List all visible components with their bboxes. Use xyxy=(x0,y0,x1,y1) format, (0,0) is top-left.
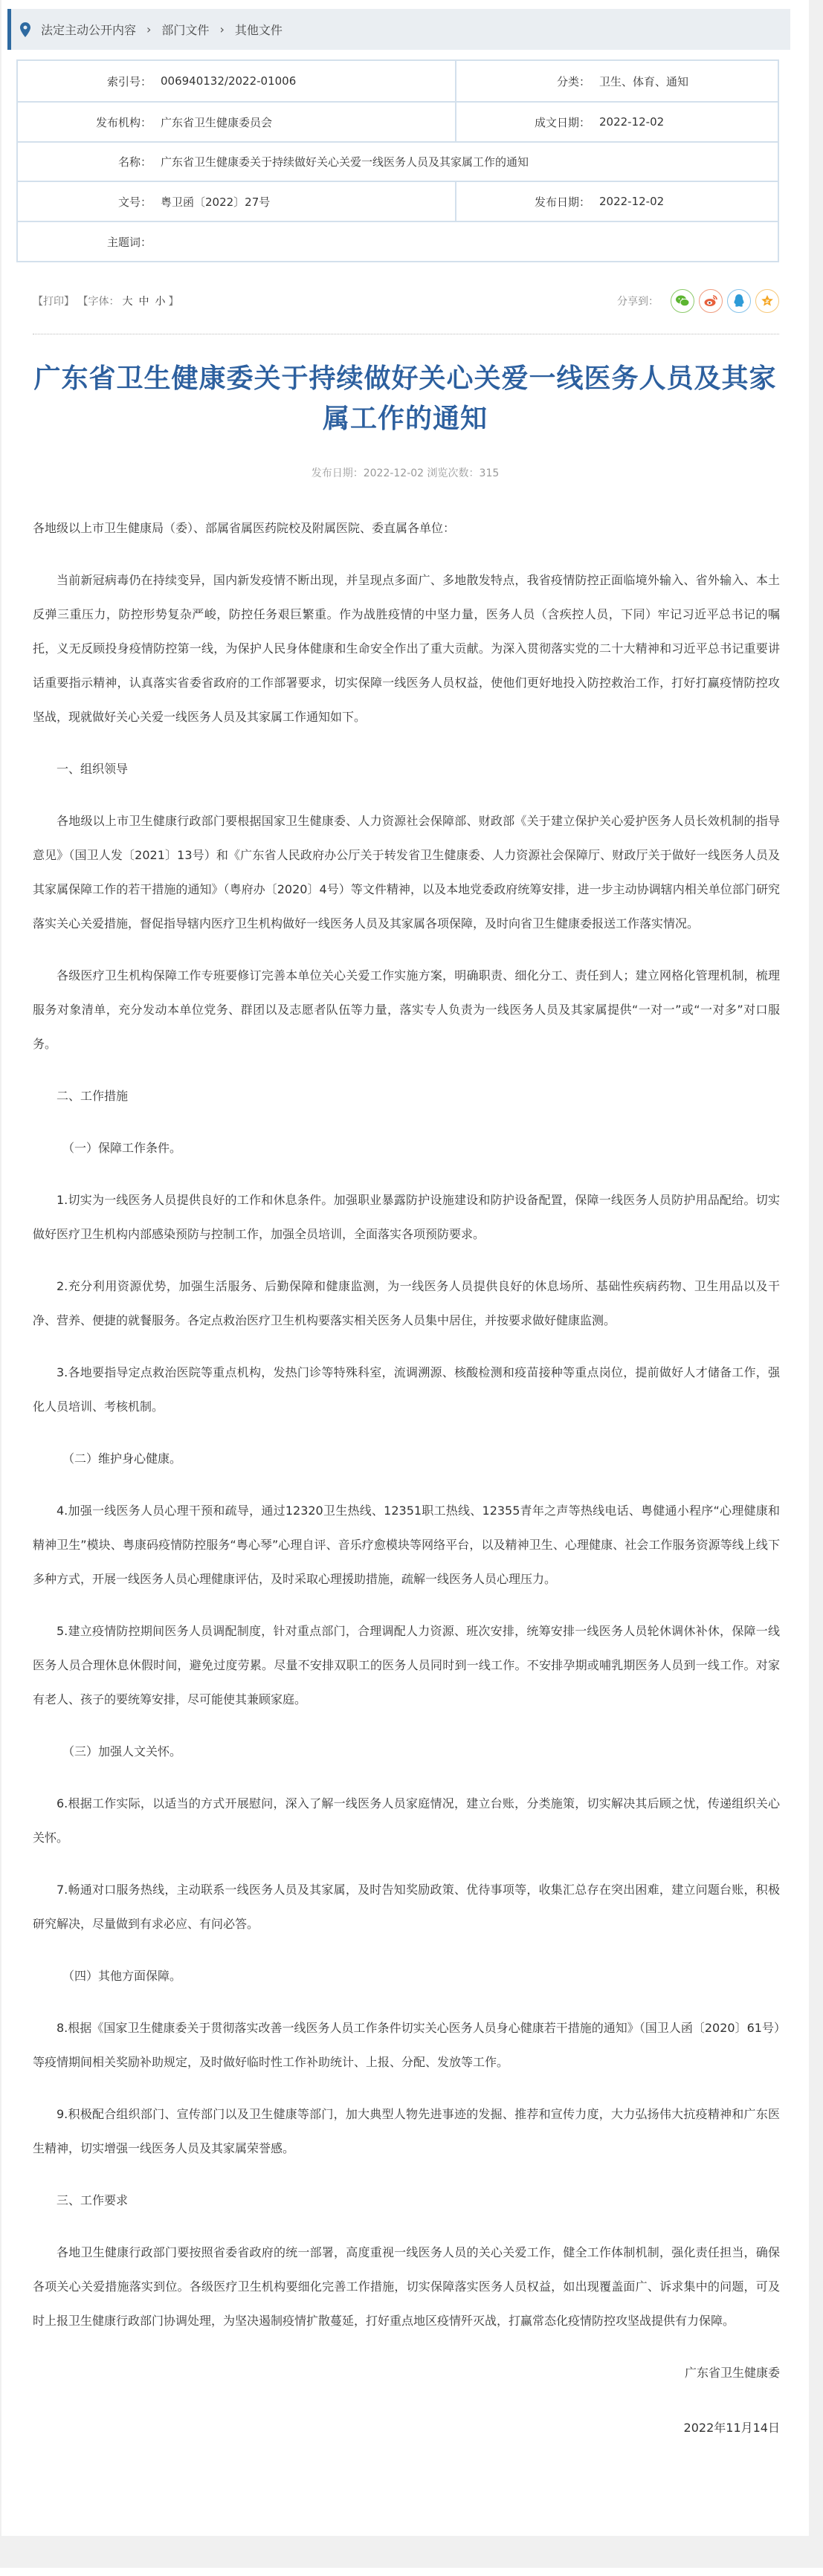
document-meta-table: 索引号：006940132/2022-01006 分类：卫生、体育、通知 发布机… xyxy=(16,59,779,262)
article-title: 广东省卫生健康委关于持续做好关心关爱一线医务人员及其家属工作的通知 xyxy=(22,359,788,439)
doc-name-value: 广东省卫生健康委关于持续做好关心关爱一线医务人员及其家属工作的通知 xyxy=(152,154,529,169)
subsection-heading: （一）保障工作条件。 xyxy=(33,1131,780,1165)
breadcrumb-item-disclosure[interactable]: 法定主动公开内容 xyxy=(41,21,136,38)
meta-row: 发布机构：广东省卫生健康委员会 成文日期：2022-12-02 xyxy=(17,102,778,142)
paragraph: 各地级以上市卫生健康行政部门要根据国家卫生健康委、人力资源社会保障部、财政部《关… xyxy=(33,804,780,941)
section-heading: 三、工作要求 xyxy=(33,2184,780,2218)
keywords-label: 主题词： xyxy=(18,234,152,250)
paragraph: 7.畅通对口服务热线，主动联系一线医务人员及其家属，及时告知奖励政策、优待事项等… xyxy=(33,1873,780,1941)
paragraph: 8.根据《国家卫生健康委关于贯彻落实改善一线医务人员工作条件切实关心医务人员身心… xyxy=(33,2011,780,2080)
article-body: 各地级以上市卫生健康局（委）、部属省属医药院校及附属医院、委直属各单位： 当前新… xyxy=(33,511,780,2466)
doc-number-label: 文号： xyxy=(18,194,152,210)
subsection-heading: （二）维护身心健康。 xyxy=(33,1442,780,1476)
meta-row: 名称：广东省卫生健康委关于持续做好关心关爱一线医务人员及其家属工作的通知 xyxy=(17,142,778,181)
page: 法定主动公开内容 › 部门文件 › 其他文件 索引号：006940132/202… xyxy=(0,0,823,2576)
font-large-button[interactable]: 大 xyxy=(122,296,132,308)
subsection-heading: （四）其他方面保障。 xyxy=(33,1959,780,1993)
published-date-value: 2022-12-02 xyxy=(590,195,664,208)
footer-strip xyxy=(0,2568,823,2576)
paragraph: 6.根据工作实际，以适当的方式开展慰问，深入了解一线医务人员家庭情况，建立台账，… xyxy=(33,1787,780,1855)
publish-date-value: 2022-12-02 xyxy=(364,467,424,479)
publisher-label: 发布机构： xyxy=(18,114,152,130)
font-small-button[interactable]: 小 xyxy=(155,296,165,308)
chevron-right-icon: › xyxy=(219,22,224,36)
font-size-prefix: 【字体： xyxy=(77,296,119,308)
qq-icon[interactable] xyxy=(727,289,751,313)
paragraph: 各级医疗卫生机构保障工作专班要修订完善本单位关心关爱工作实施方案，明确职责、细化… xyxy=(33,959,780,1061)
meta-row: 主题词： xyxy=(17,221,778,262)
publisher-value: 广东省卫生健康委员会 xyxy=(152,114,272,130)
published-date-label: 发布日期： xyxy=(456,194,590,210)
chevron-right-icon: › xyxy=(146,22,151,36)
created-date-label: 成文日期： xyxy=(456,114,590,130)
category-value: 卫生、体育、通知 xyxy=(590,74,688,89)
weibo-icon[interactable] xyxy=(699,289,723,313)
font-size-suffix: 】 xyxy=(168,296,178,308)
paragraph: 4.加强一线医务人员心理干预和疏导，通过12320卫生热线、12351职工热线、… xyxy=(33,1494,780,1596)
separator-line xyxy=(33,334,779,334)
doc-name-label: 名称： xyxy=(18,154,152,169)
font-medium-button[interactable]: 中 xyxy=(138,296,149,308)
breadcrumb-item-other-docs[interactable]: 其他文件 xyxy=(235,21,283,38)
sign-date: 2022年11月14日 xyxy=(33,2411,780,2445)
category-label: 分类： xyxy=(456,74,590,89)
paragraph: 1.切实为一线医务人员提供良好的工作和休息条件。加强职业暴露防护设施建设和防护设… xyxy=(33,1183,780,1252)
wechat-icon[interactable] xyxy=(671,289,694,313)
paragraph: 当前新冠病毒仍在持续变异，国内新发疫情不断出现，并呈现点多面广、多地散发特点，我… xyxy=(33,563,780,734)
section-heading: 二、工作措施 xyxy=(33,1079,780,1113)
qzone-icon[interactable] xyxy=(755,289,779,313)
subsection-heading: （三）加强人文关怀。 xyxy=(33,1735,780,1769)
publish-info: 发布日期：2022-12-02 浏览次数：315 xyxy=(0,465,810,480)
paragraph: 3.各地要指导定点救治医院等重点机构，发热门诊等特殊科室，流调溯源、核酸检测和疫… xyxy=(33,1356,780,1424)
signature: 广东省卫生健康委 xyxy=(33,2356,780,2390)
salutation: 各地级以上市卫生健康局（委）、部属省属医药院校及附属医院、委直属各单位： xyxy=(33,511,780,546)
doc-number-value: 粤卫函〔2022〕27号 xyxy=(152,194,270,210)
tools-left: 【打印】 【字体：大中小】 xyxy=(33,294,178,308)
view-count-label: 浏览次数： xyxy=(427,467,480,479)
paragraph: 5.建立疫情防控期间医务人员调配制度，针对重点部门，合理调配人力资源、班次安排，… xyxy=(33,1614,780,1717)
section-heading: 一、组织领导 xyxy=(33,752,780,786)
index-label: 索引号： xyxy=(18,74,152,89)
publish-date-label: 发布日期： xyxy=(312,467,364,479)
share-bar: 分享到： xyxy=(617,289,779,313)
breadcrumb: 法定主动公开内容 › 部门文件 › 其他文件 xyxy=(7,9,790,50)
paragraph: 2.充分利用资源优势，加强生活服务、后勤保障和健康监测，为一线医务人员提供良好的… xyxy=(33,1269,780,1338)
view-count-value: 315 xyxy=(480,467,500,479)
print-button[interactable]: 【打印】 xyxy=(33,296,74,308)
paragraph: 各地卫生健康行政部门要按照省委省政府的统一部署，高度重视一线医务人员的关心关爱工… xyxy=(33,2236,780,2338)
breadcrumb-item-department-docs[interactable]: 部门文件 xyxy=(161,21,209,38)
meta-row: 文号：粤卫函〔2022〕27号 发布日期：2022-12-02 xyxy=(17,181,778,221)
article-tools: 【打印】 【字体：大中小】 分享到： xyxy=(33,286,779,316)
share-label: 分享到： xyxy=(617,294,659,308)
created-date-value: 2022-12-02 xyxy=(590,115,664,129)
meta-row: 索引号：006940132/2022-01006 分类：卫生、体育、通知 xyxy=(17,60,778,102)
location-pin-icon xyxy=(20,22,30,37)
index-value: 006940132/2022-01006 xyxy=(152,74,296,88)
paragraph: 9.积极配合组织部门、宣传部门以及卫生健康等部门，加大典型人物先进事迹的发掘、推… xyxy=(33,2097,780,2166)
